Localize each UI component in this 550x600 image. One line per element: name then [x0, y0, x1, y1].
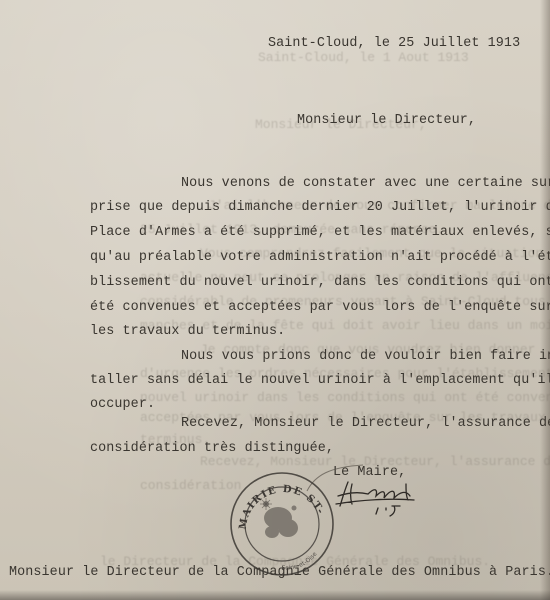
addressee: Monsieur le Directeur de la Compagnie Gé… [9, 565, 550, 580]
page-edge-shadow [0, 590, 550, 600]
bleed-through-line: nouvel urinoir dans les conditions qui o… [140, 390, 550, 405]
body-line: prise que depuis dimanche dernier 20 Jui… [90, 200, 550, 215]
signature-icon [330, 478, 420, 518]
mairie-stamp-icon: MAIRIE DE ST-CLOUD Seine-et-Oise + [228, 470, 336, 578]
page-edge-shadow [540, 0, 550, 600]
salutation: Monsieur le Directeur, [297, 113, 476, 128]
body-line: Nous vous prions donc de vouloir bien fa… [181, 349, 550, 364]
body-line: considération très distinguée, [90, 441, 334, 456]
body-line: qu'au préalable votre administration n'a… [90, 250, 550, 265]
bleed-through-line: Saint-Cloud, le 1 Aout 1913 [258, 50, 469, 65]
body-line: blissement du nouvel urinoir, dans les c… [90, 275, 550, 290]
bleed-through-line: considération [140, 478, 241, 493]
body-line: les travaux du terminus. [90, 324, 285, 339]
body-line: taller sans délai le nouvel urinoir à l'… [90, 373, 550, 388]
body-line: occuper. [90, 397, 155, 412]
body-line: Recevez, Monsieur le Directeur, l'assura… [181, 416, 550, 431]
letter-page: Saint-Cloud, le 1 Aout 1913 Monsieur le … [0, 0, 550, 600]
body-line: Nous venons de constater avec une certai… [181, 176, 550, 191]
place-date: Saint-Cloud, le 25 Juillet 1913 [268, 36, 520, 51]
body-line: été convenues et acceptées par vous lors… [90, 300, 550, 315]
body-line: Place d'Armes a été supprimé, et les mat… [90, 225, 550, 240]
